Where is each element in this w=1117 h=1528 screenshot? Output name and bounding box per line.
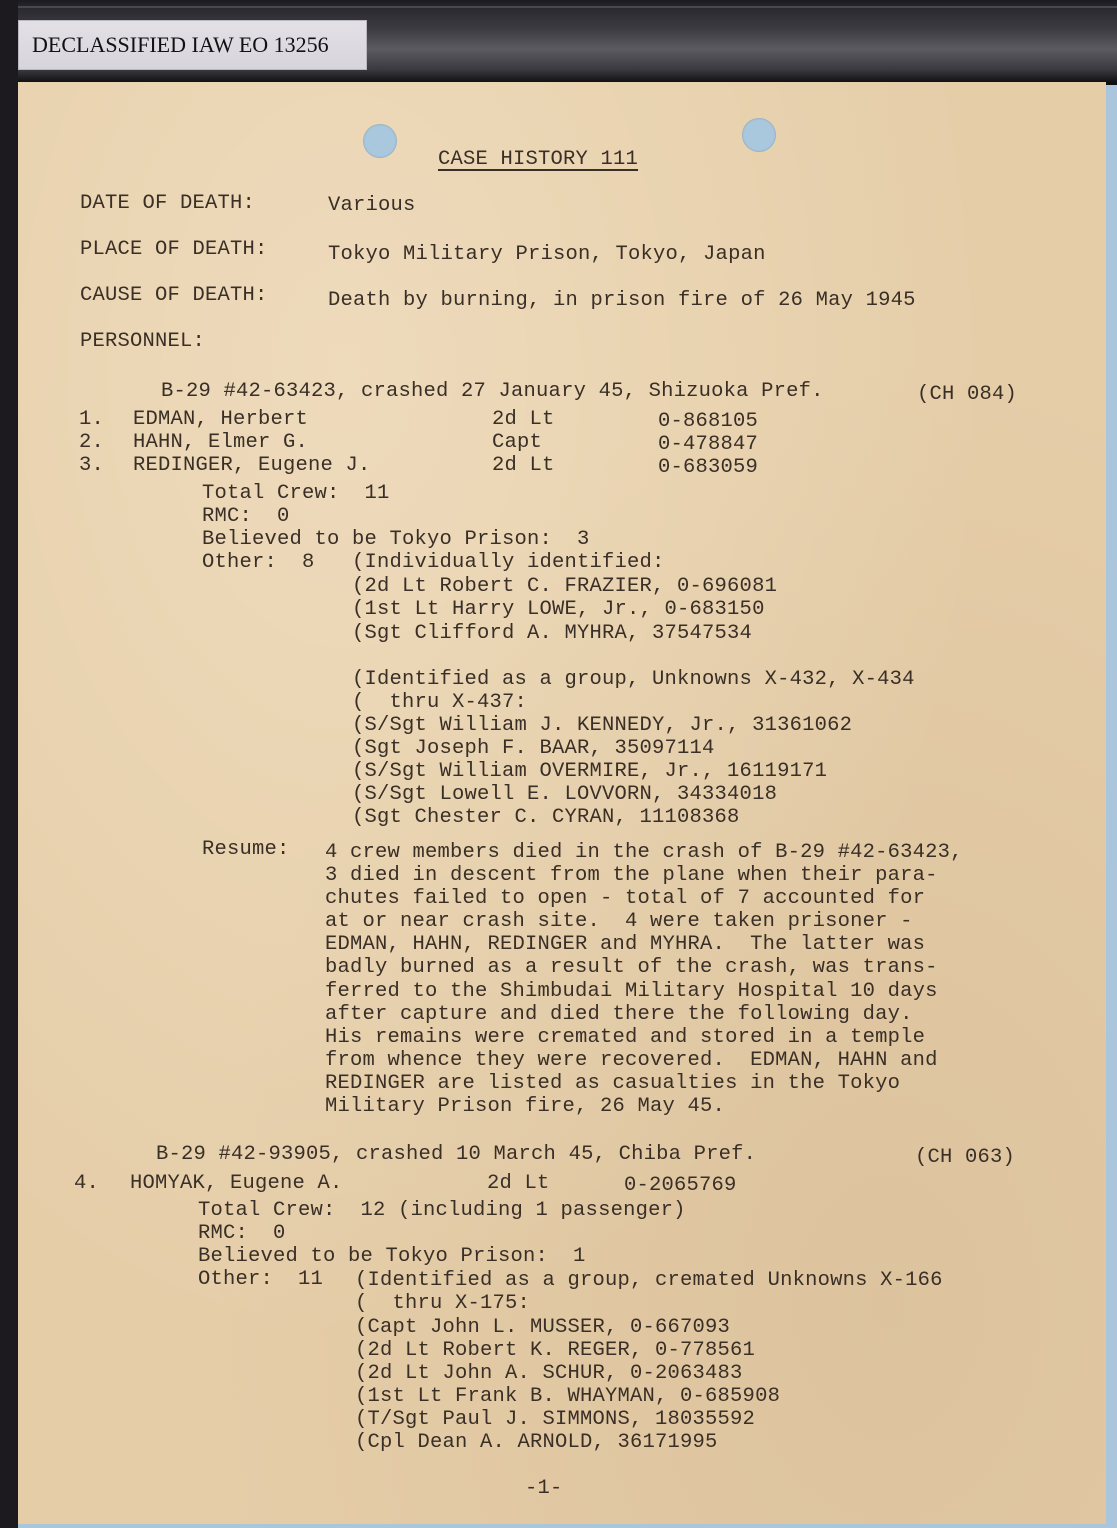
personnel-rank: Capt (492, 431, 542, 454)
resume-line: His remains were cremated and stored in … (325, 1026, 925, 1049)
believed-tokyo-prison: Believed to be Tokyo Prison: 1 (198, 1245, 586, 1268)
rmc-count: RMC: 0 (198, 1222, 286, 1245)
resume-line: REDINGER are listed as casualties in the… (325, 1072, 900, 1095)
other-line: (1st Lt Harry LOWE, Jr., 0-683150 (352, 598, 765, 621)
other-line: (Sgt Joseph F. BAAR, 35097114 (352, 737, 715, 760)
rmc-count: RMC: 0 (202, 505, 290, 528)
personnel-rank: 2d Lt (487, 1172, 550, 1195)
other-line: (Individually identified: (352, 551, 665, 574)
date-of-death-value: Various (328, 194, 416, 217)
personnel-name: HAHN, Elmer G. (133, 431, 308, 454)
resume-line: at or near crash site. 4 were taken pris… (325, 910, 913, 933)
resume-label: Resume: (202, 838, 290, 861)
total-crew: Total Crew: 11 (202, 482, 390, 505)
believed-tokyo-prison: Believed to be Tokyo Prison: 3 (202, 528, 590, 551)
page-number: -1- (525, 1477, 563, 1500)
other-line: (S/Sgt William J. KENNEDY, Jr., 31361062 (352, 714, 852, 737)
personnel-number: 1. (79, 408, 104, 431)
resume-line: 4 crew members died in the crash of B-29… (325, 841, 963, 864)
case-reference: (CH 084) (917, 383, 1017, 406)
personnel-name: EDMAN, Herbert (133, 408, 308, 431)
other-line: (Identified as a group, cremated Unknown… (355, 1269, 943, 1292)
page-title: CASE HISTORY 111 (438, 148, 638, 171)
personnel-rank: 2d Lt (492, 454, 555, 477)
personnel-serial: 0-683059 (658, 456, 758, 479)
personnel-number: 4. (74, 1172, 99, 1195)
resume-line: after capture and died there the followi… (325, 1003, 913, 1026)
resume-line: Military Prison fire, 26 May 45. (325, 1095, 725, 1118)
other-count: Other: 8 (202, 551, 315, 574)
incident-heading: B-29 #42-93905, crashed 10 March 45, Chi… (156, 1143, 756, 1166)
personnel-rank: 2d Lt (492, 408, 555, 431)
personnel-number: 2. (79, 431, 104, 454)
personnel-name: HOMYAK, Eugene A. (130, 1172, 343, 1195)
place-of-death-value: Tokyo Military Prison, Tokyo, Japan (328, 243, 766, 266)
punch-hole-icon (363, 124, 397, 158)
resume-line: ferred to the Shimbudai Military Hospita… (325, 980, 938, 1003)
resume-line: from whence they were recovered. EDMAN, … (325, 1049, 938, 1072)
personnel-label: PERSONNEL: (80, 330, 205, 353)
other-line: ( thru X-437: (352, 691, 527, 714)
date-of-death-label: DATE OF DEATH: (80, 192, 255, 215)
other-line: (T/Sgt Paul J. SIMMONS, 18035592 (355, 1408, 755, 1431)
other-line: (Sgt Chester C. CYRAN, 11108368 (352, 806, 740, 829)
incident-heading: B-29 #42-63423, crashed 27 January 45, S… (161, 380, 824, 403)
punch-hole-icon (742, 118, 776, 152)
other-line: (Identified as a group, Unknowns X-432, … (352, 668, 915, 691)
other-count: Other: 11 (198, 1268, 323, 1291)
place-of-death-label: PLACE OF DEATH: (80, 238, 268, 261)
document-viewer: DECLASSIFIED IAW EO 13256 CASE HISTORY 1… (0, 0, 1117, 1528)
declassified-stamp: DECLASSIFIED IAW EO 13256 (18, 20, 367, 70)
other-line: (S/Sgt Lowell E. LOVVORN, 34334018 (352, 783, 777, 806)
other-line: (2d Lt John A. SCHUR, 0-2063483 (355, 1362, 743, 1385)
cause-of-death-value: Death by burning, in prison fire of 26 M… (328, 289, 916, 312)
personnel-number: 3. (79, 454, 104, 477)
other-line: (Cpl Dean A. ARNOLD, 36171995 (355, 1431, 718, 1454)
resume-line: EDMAN, HAHN, REDINGER and MYHRA. The lat… (325, 933, 925, 956)
other-line: (2d Lt Robert C. FRAZIER, 0-696081 (352, 575, 777, 598)
resume-line: badly burned as a result of the crash, w… (325, 956, 938, 979)
personnel-serial: 0-2065769 (624, 1174, 737, 1197)
other-line: (S/Sgt William OVERMIRE, Jr., 16119171 (352, 760, 827, 783)
scanner-edge (0, 0, 18, 1528)
other-line: (Capt John L. MUSSER, 0-667093 (355, 1316, 730, 1339)
case-reference: (CH 063) (915, 1146, 1015, 1169)
cause-of-death-label: CAUSE OF DEATH: (80, 284, 268, 307)
other-line: ( thru X-175: (355, 1292, 530, 1315)
other-line: (1st Lt Frank B. WHAYMAN, 0-685908 (355, 1385, 780, 1408)
resume-line: 3 died in descent from the plane when th… (325, 864, 938, 887)
other-line: (2d Lt Robert K. REGER, 0-778561 (355, 1339, 755, 1362)
document-page: CASE HISTORY 111 DATE OF DEATH: Various … (18, 82, 1106, 1524)
other-line: (Sgt Clifford A. MYHRA, 37547534 (352, 622, 752, 645)
resume-line: chutes failed to open - total of 7 accou… (325, 887, 925, 910)
personnel-serial: 0-868105 (658, 410, 758, 433)
personnel-serial: 0-478847 (658, 433, 758, 456)
total-crew: Total Crew: 12 (including 1 passenger) (198, 1199, 686, 1222)
personnel-name: REDINGER, Eugene J. (133, 454, 371, 477)
